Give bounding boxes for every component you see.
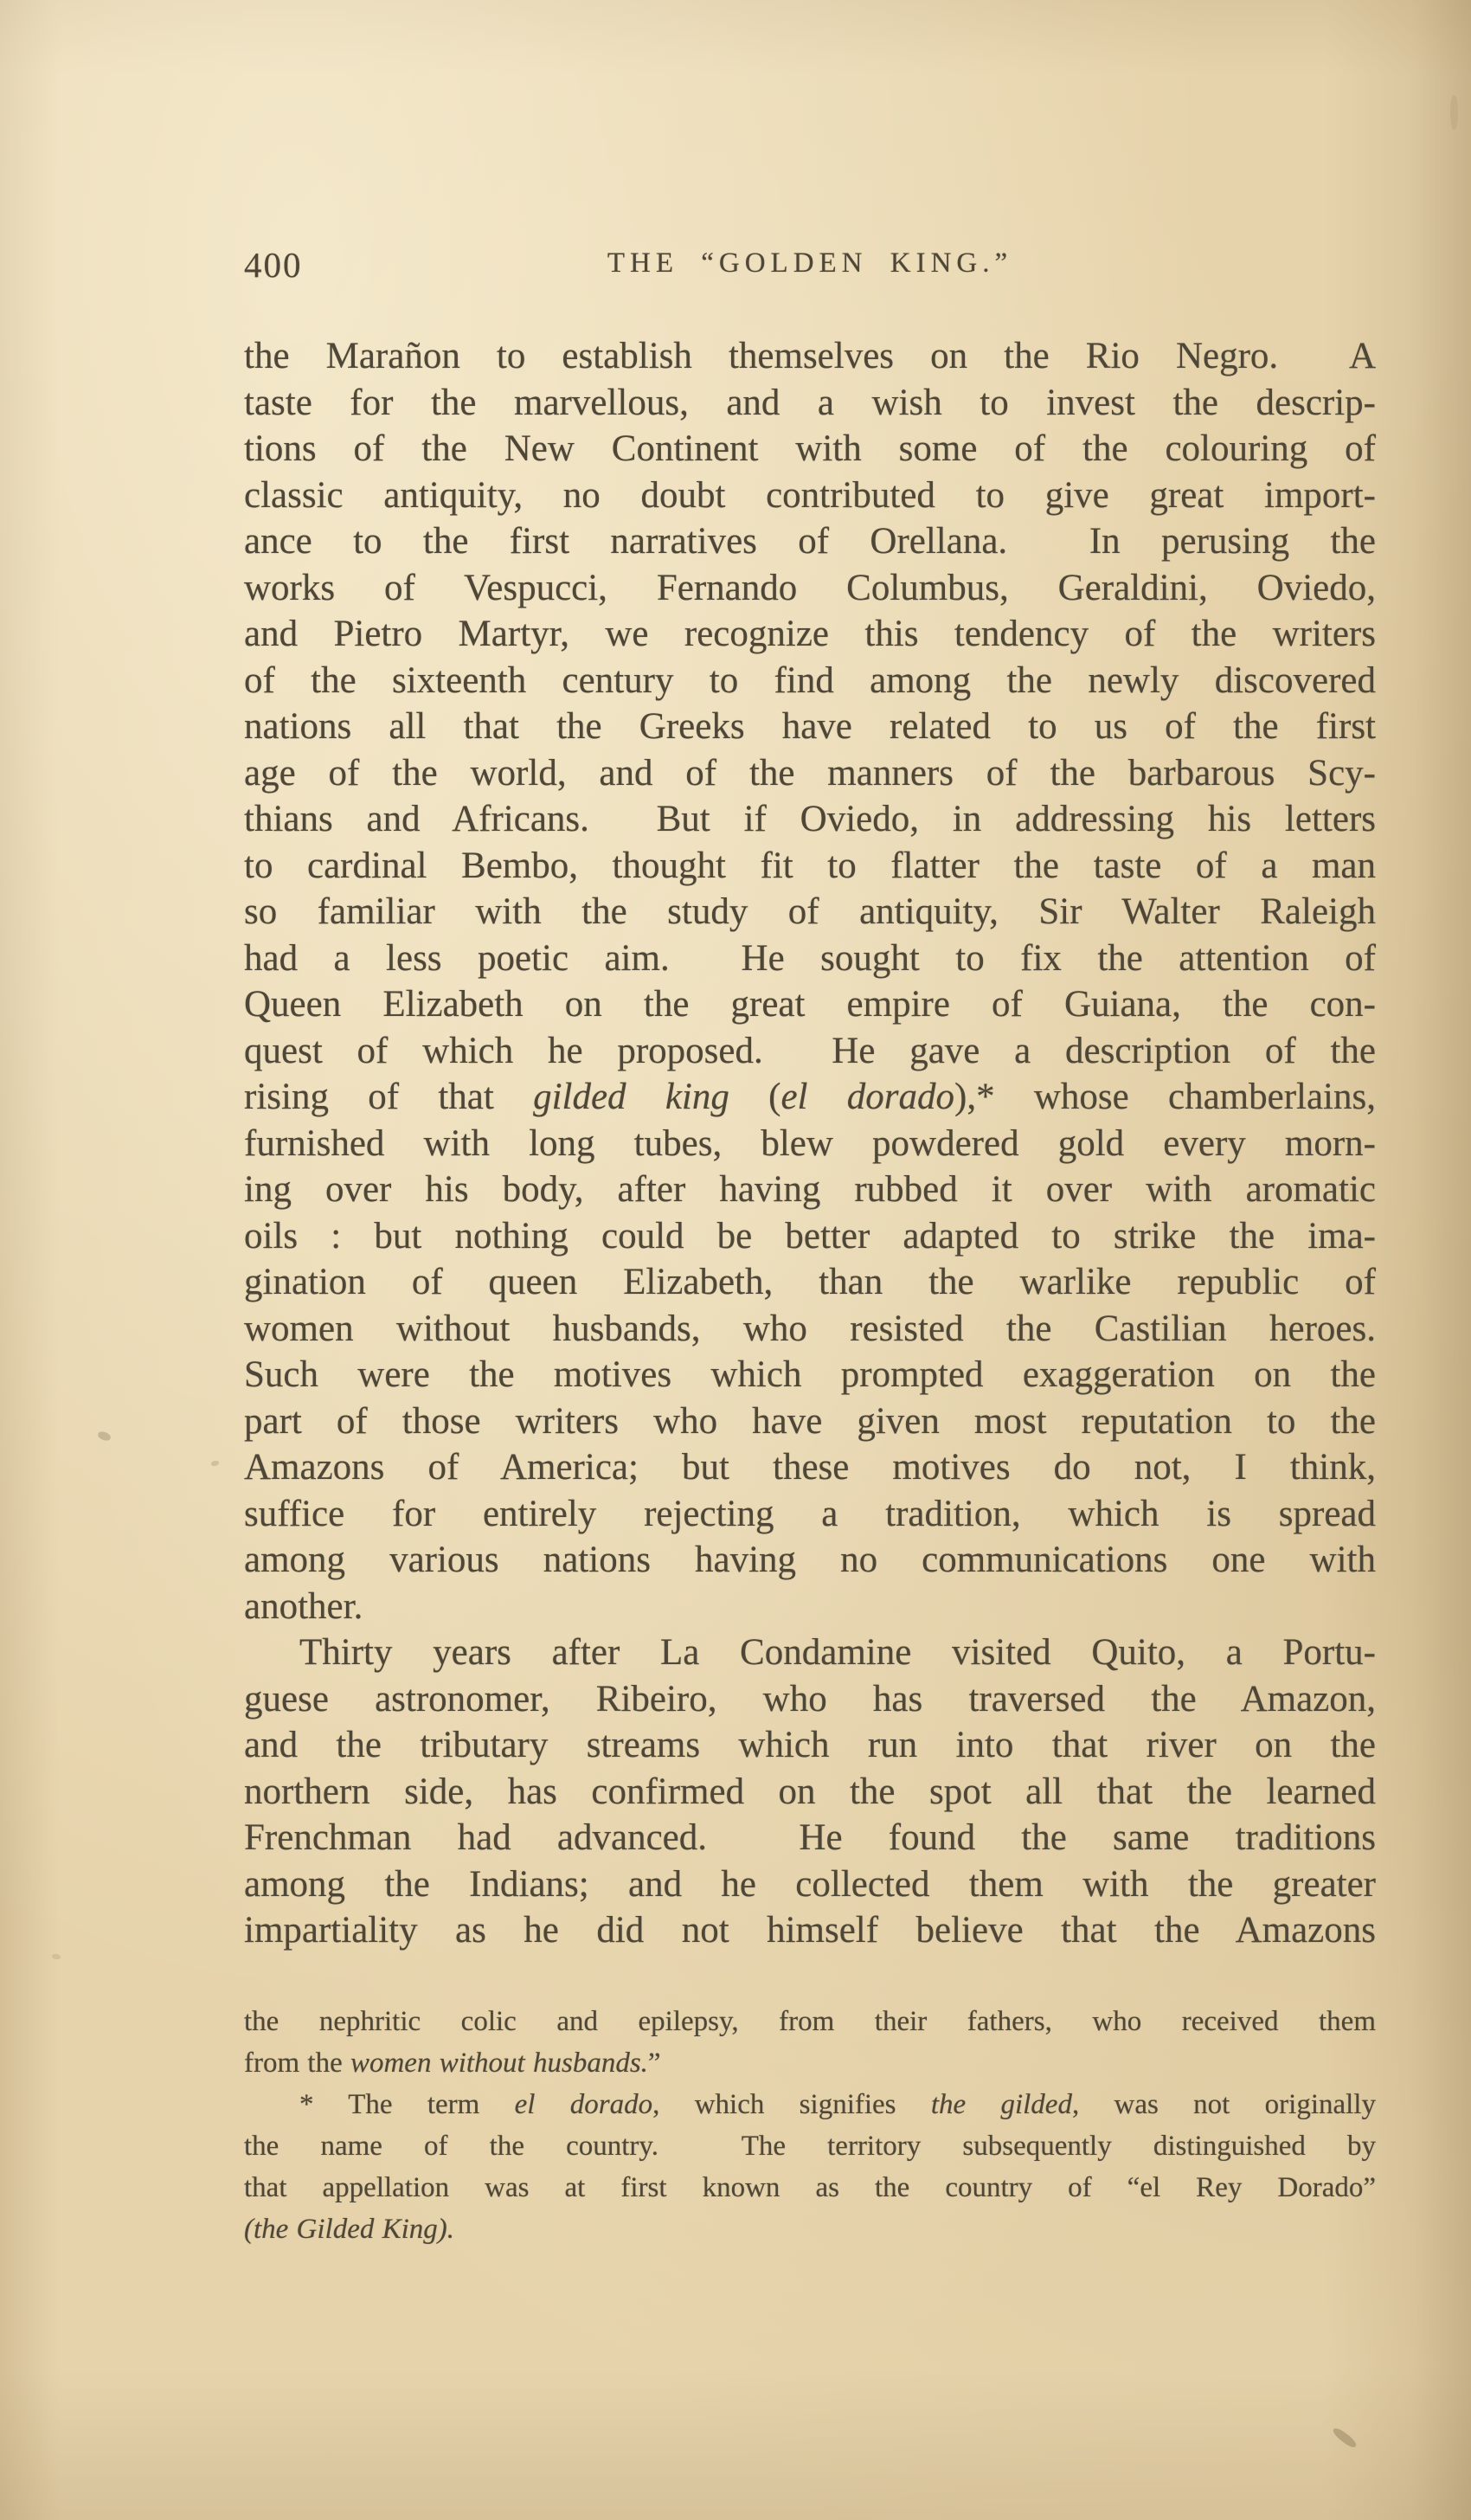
body-text-line: impartiality as he did not himself belie… <box>244 1907 1376 1954</box>
body-text-line: women without husbands, who resisted the… <box>244 1306 1376 1353</box>
body-text-line: nations all that the Greeks have related… <box>244 704 1376 750</box>
body-text-line: age of the world, and of the manners of … <box>244 750 1376 797</box>
paper-speck <box>1331 2426 1358 2450</box>
body-text-line: tions of the New Continent with some of … <box>244 426 1376 472</box>
body-text-line: taste for the marvellous, and a wish to … <box>244 380 1376 427</box>
body-text-line: to cardinal Bembo, thought fit to flatte… <box>244 843 1376 890</box>
body-text-line: works of Vespucci, Fernando Columbus, Ge… <box>244 565 1376 612</box>
footnote-line: the name of the country. The territory s… <box>244 2125 1376 2167</box>
body-text-line: Frenchman had advanced. He found the sam… <box>244 1815 1376 1861</box>
body-text-line: classic antiquity, no doubt contributed … <box>244 472 1376 519</box>
footnotes: the nephritic colic and epilepsy, from t… <box>244 2001 1376 2250</box>
body-text-line: thians and Africans. But if Oviedo, in a… <box>244 796 1376 843</box>
footnote-line: that appellation was at first known as t… <box>244 2167 1376 2208</box>
body-text-line: among various nations having no communic… <box>244 1537 1376 1584</box>
paper-speck <box>97 1430 112 1443</box>
body-text-line: oils : but nothing could be better adapt… <box>244 1213 1376 1260</box>
body-text-line: and the tributary streams which run into… <box>244 1722 1376 1769</box>
body-text-line: had a less poetic aim. He sought to fix … <box>244 935 1376 982</box>
book-page: 400 THE “GOLDEN KING.” the Marañon to es… <box>0 0 1471 2520</box>
body-text-line: gination of queen Elizabeth, than the wa… <box>244 1259 1376 1306</box>
body-text-line: ing over his body, after having rubbed i… <box>244 1167 1376 1213</box>
body-text-line: and Pietro Martyr, we recognize this ten… <box>244 611 1376 658</box>
body-text-line: suffice for entirely rejecting a traditi… <box>244 1491 1376 1538</box>
body-text-line: Such were the motives which prompted exa… <box>244 1352 1376 1398</box>
body-text-line: among the Indians; and he collected them… <box>244 1861 1376 1908</box>
footnote-line: the nephritic colic and epilepsy, from t… <box>244 2001 1376 2042</box>
body-text-line: quest of which he proposed. He gave a de… <box>244 1028 1376 1075</box>
body-text-line: of the sixteenth century to find among t… <box>244 658 1376 704</box>
footnote-line: from the women without husbands.” <box>244 2042 1376 2084</box>
body-text-line: Queen Elizabeth on the great empire of G… <box>244 981 1376 1028</box>
body-text-line: northern side, has confirmed on the spot… <box>244 1769 1376 1816</box>
body-text-line: part of those writers who have given mos… <box>244 1398 1376 1445</box>
page-header: 400 THE “GOLDEN KING.” <box>244 242 1376 291</box>
body-text-line: ance to the first narratives of Orellana… <box>244 518 1376 565</box>
paper-edge-shadow <box>1450 95 1458 130</box>
footnote-line: (the Gilded King). <box>244 2208 1376 2250</box>
page-body: the Marañon to establish themselves on t… <box>244 333 1376 1954</box>
footnote-line: * The term el dorado, which signifies th… <box>244 2084 1376 2125</box>
body-text-line: furnished with long tubes, blew powdered… <box>244 1121 1376 1167</box>
body-text-line: so familiar with the study of antiquity,… <box>244 889 1376 935</box>
body-text-line: Thirty years after La Condamine visited … <box>244 1630 1376 1676</box>
paper-speck <box>52 1953 61 1960</box>
body-text-line: rising of that gilded king (el dorado),*… <box>244 1074 1376 1121</box>
body-text-line: the Marañon to establish themselves on t… <box>244 333 1376 380</box>
body-text-line: Amazons of America; but these motives do… <box>244 1444 1376 1491</box>
body-text-line: guese astronomer, Ribeiro, who has trave… <box>244 1676 1376 1723</box>
paper-speck <box>210 1460 219 1467</box>
running-title: THE “GOLDEN KING.” <box>244 247 1376 280</box>
body-text-line: another. <box>244 1584 1376 1630</box>
